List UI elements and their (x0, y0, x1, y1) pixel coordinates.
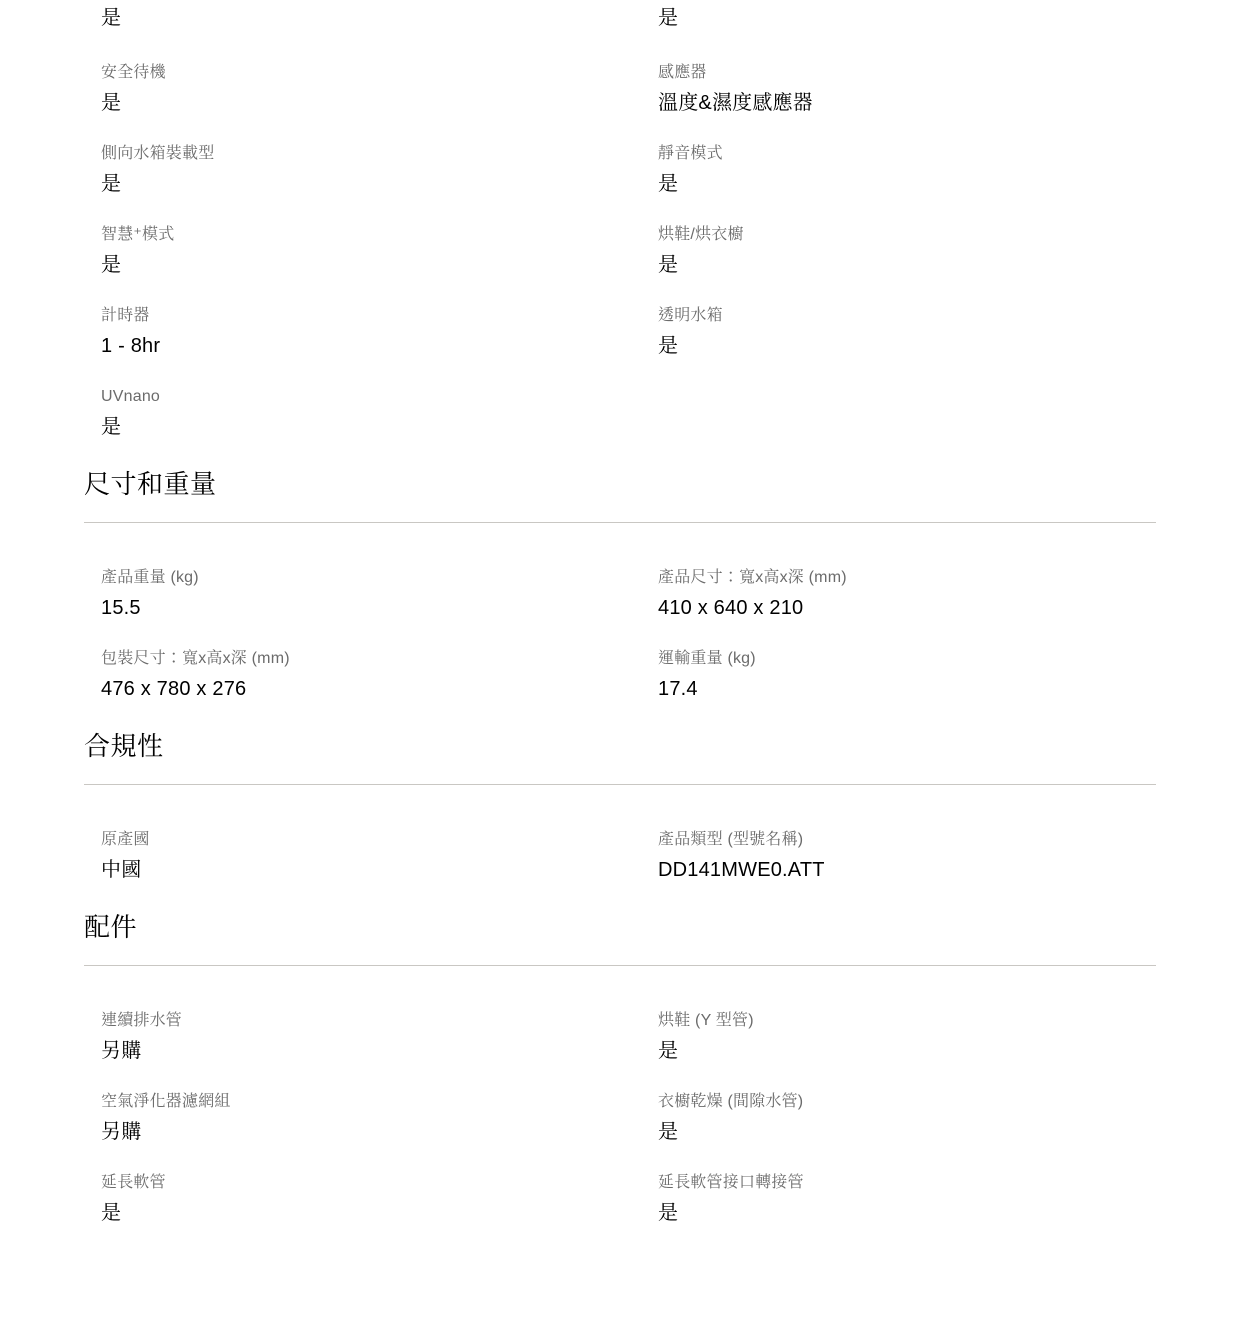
section-accessories: 配件 連續排水管 另購 烘鞋 (Y 型管) 是 空氣淨化器濾網組 另購 (84, 910, 1156, 1226)
section-title: 合規性 (84, 729, 1156, 763)
spec-value: 是 (101, 252, 658, 278)
section-title: 尺寸和重量 (84, 467, 1156, 501)
spec-value: 17.4 (658, 676, 1156, 702)
spec-item: 是 (101, 5, 658, 31)
spec-row: 包裝尺寸：寬x高x深 (mm) 476 x 780 x 276 運輸重量 (kg… (101, 648, 1156, 702)
spec-item: 空氣淨化器濾網組 另購 (101, 1091, 658, 1145)
spec-item: 運輸重量 (kg) 17.4 (658, 648, 1156, 702)
spec-row: 計時器 1 - 8hr 透明水箱 是 (101, 305, 1156, 359)
spec-item: 側向水箱裝載型 是 (101, 143, 658, 197)
spec-item: 延長軟管接口轉接管 是 (658, 1172, 1156, 1226)
spec-row: 空氣淨化器濾網組 另購 衣櫥乾燥 (間隙水管) 是 (101, 1091, 1156, 1145)
spec-value: 另購 (101, 1038, 658, 1064)
spec-value: 410 x 640 x 210 (658, 595, 1156, 621)
section-compliance: 合規性 原產國 中國 產品類型 (型號名稱) DD141MWE0.ATT (84, 729, 1156, 883)
spec-value: 是 (101, 1200, 658, 1226)
spec-label: 側向水箱裝載型 (101, 143, 658, 165)
spec-label: 安全待機 (101, 62, 658, 84)
spec-value: 是 (658, 333, 1156, 359)
spec-value: 溫度&濕度感應器 (658, 90, 1156, 116)
spec-value: 是 (101, 90, 658, 116)
spec-label: 烘鞋 (Y 型管) (658, 1010, 1156, 1032)
spec-item: 衣櫥乾燥 (間隙水管) 是 (658, 1091, 1156, 1145)
spec-label: 烘鞋/烘衣櫥 (658, 224, 1156, 246)
spec-label: 產品重量 (kg) (101, 567, 658, 589)
spec-item: 包裝尺寸：寬x高x深 (mm) 476 x 780 x 276 (101, 648, 658, 702)
spec-page: 是 是 安全待機 是 感應器 溫度&濕度感應器 側向水箱裝載型 是 靜音模式 (0, 0, 1240, 1340)
spec-value: 是 (658, 1119, 1156, 1145)
spec-item: 原產國 中國 (101, 829, 658, 883)
spec-value: 是 (658, 252, 1156, 278)
spec-label: 延長軟管接口轉接管 (658, 1172, 1156, 1194)
spec-value: 是 (658, 1200, 1156, 1226)
section-dimensions-weight: 尺寸和重量 產品重量 (kg) 15.5 產品尺寸：寬x高x深 (mm) 410… (84, 467, 1156, 702)
spec-label: 透明水箱 (658, 305, 1156, 327)
spec-label: UVnano (101, 386, 658, 408)
spec-value: 是 (101, 171, 658, 197)
spec-item: 智慧⁺模式 是 (101, 224, 658, 278)
spec-item: 安全待機 是 (101, 62, 658, 116)
spec-label: 計時器 (101, 305, 658, 327)
spec-value: 是 (101, 5, 658, 31)
spec-value: 是 (658, 171, 1156, 197)
spec-value: 是 (658, 1038, 1156, 1064)
spec-item: 產品重量 (kg) 15.5 (101, 567, 658, 621)
spec-item: 透明水箱 是 (658, 305, 1156, 359)
spec-label: 空氣淨化器濾網組 (101, 1091, 658, 1113)
spec-label: 延長軟管 (101, 1172, 658, 1194)
spec-item: 產品類型 (型號名稱) DD141MWE0.ATT (658, 829, 1156, 883)
spec-item: 烘鞋 (Y 型管) 是 (658, 1010, 1156, 1064)
spec-value: 是 (658, 5, 1156, 31)
spec-row: 智慧⁺模式 是 烘鞋/烘衣櫥 是 (101, 224, 1156, 278)
spec-item: 感應器 溫度&濕度感應器 (658, 62, 1156, 116)
spec-value: 1 - 8hr (101, 333, 658, 359)
spec-value: 476 x 780 x 276 (101, 676, 658, 702)
spec-item: 連續排水管 另購 (101, 1010, 658, 1064)
spec-label: 產品尺寸：寬x高x深 (mm) (658, 567, 1156, 589)
section-features: 是 是 安全待機 是 感應器 溫度&濕度感應器 側向水箱裝載型 是 靜音模式 (84, 5, 1156, 440)
spec-label: 感應器 (658, 62, 1156, 84)
spec-label: 連續排水管 (101, 1010, 658, 1032)
spec-label: 原產國 (101, 829, 658, 851)
spec-value: 中國 (101, 857, 658, 883)
spec-row: 安全待機 是 感應器 溫度&濕度感應器 (101, 62, 1156, 116)
spec-value: 15.5 (101, 595, 658, 621)
spec-label: 運輸重量 (kg) (658, 648, 1156, 670)
spec-item: 計時器 1 - 8hr (101, 305, 658, 359)
spec-item: 產品尺寸：寬x高x深 (mm) 410 x 640 x 210 (658, 567, 1156, 621)
spec-item: 靜音模式 是 (658, 143, 1156, 197)
spec-row: 側向水箱裝載型 是 靜音模式 是 (101, 143, 1156, 197)
spec-row-partial: 是 是 (101, 5, 1156, 31)
spec-item: 延長軟管 是 (101, 1172, 658, 1226)
section-title: 配件 (84, 910, 1156, 944)
spec-value: 另購 (101, 1119, 658, 1145)
spec-row: 連續排水管 另購 烘鞋 (Y 型管) 是 (101, 1010, 1156, 1064)
spec-item: 烘鞋/烘衣櫥 是 (658, 224, 1156, 278)
spec-value: DD141MWE0.ATT (658, 857, 1156, 883)
spec-row: 原產國 中國 產品類型 (型號名稱) DD141MWE0.ATT (101, 829, 1156, 883)
spec-label: 靜音模式 (658, 143, 1156, 165)
spec-row: 產品重量 (kg) 15.5 產品尺寸：寬x高x深 (mm) 410 x 640… (101, 567, 1156, 621)
spec-label: 衣櫥乾燥 (間隙水管) (658, 1091, 1156, 1113)
spec-label: 產品類型 (型號名稱) (658, 829, 1156, 851)
spec-item: 是 (658, 5, 1156, 31)
spec-label: 智慧⁺模式 (101, 224, 658, 246)
spec-row: 延長軟管 是 延長軟管接口轉接管 是 (101, 1172, 1156, 1226)
spec-value: 是 (101, 414, 658, 440)
spec-item: UVnano 是 (101, 386, 658, 440)
spec-label: 包裝尺寸：寬x高x深 (mm) (101, 648, 658, 670)
spec-row: UVnano 是 (101, 386, 1156, 440)
